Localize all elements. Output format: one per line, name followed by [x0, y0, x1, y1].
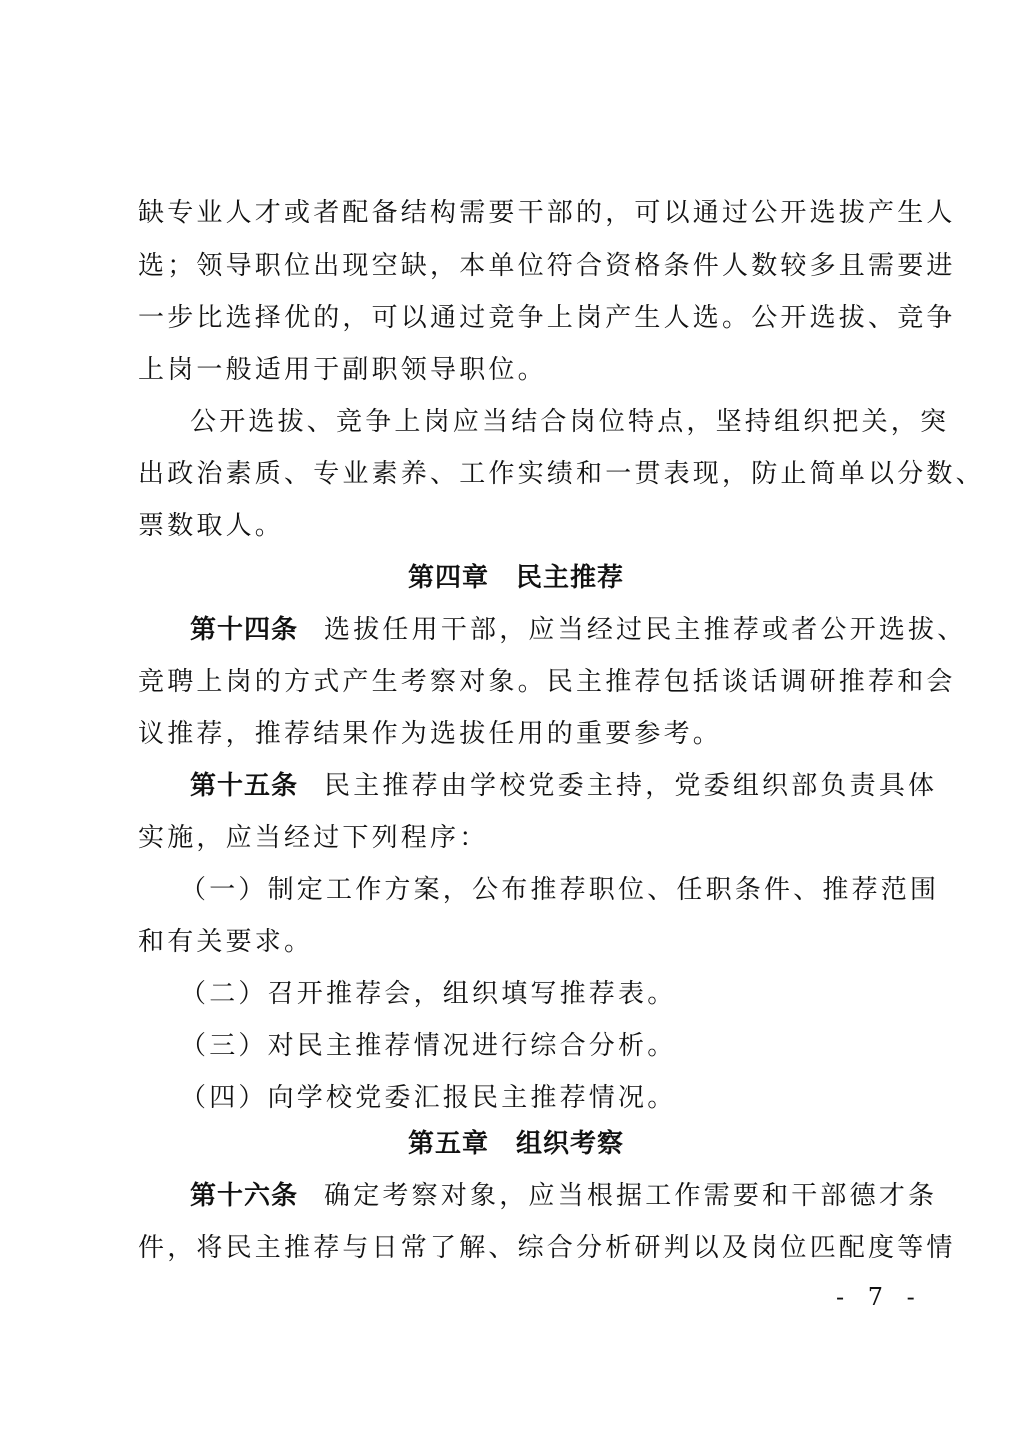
text-line: 公开选拔、竞争上岗应当结合岗位特点，坚持组织把关，突 — [190, 407, 949, 437]
text-line: 出政治素质、专业素养、工作实绩和一贯表现，防止简单以分数、 — [138, 459, 985, 489]
text-line: 议推荐，推荐结果作为选拔任用的重要参考。 — [138, 719, 722, 749]
list-item: （四）向学校党委汇报民主推荐情况。 — [180, 1083, 676, 1113]
text-line: 缺专业人才或者配备结构需要干部的，可以通过公开选拔产生人 — [138, 198, 956, 228]
article-text: 选拔任用干部，应当经过民主推荐或者公开选拔、 — [324, 615, 966, 645]
article-text: 确定考察对象，应当根据工作需要和干部德才条 — [324, 1181, 937, 1211]
article-line: 第十四条选拔任用干部，应当经过民主推荐或者公开选拔、 — [190, 615, 966, 645]
text-line: 选；领导职位出现空缺，本单位符合资格条件人数较多且需要进 — [138, 251, 956, 281]
list-item: （三）对民主推荐情况进行综合分析。 — [180, 1031, 676, 1061]
text-line: 竞聘上岗的方式产生考察对象。民主推荐包括谈话调研推荐和会 — [138, 667, 956, 697]
text-line: 上岗一般适用于副职领导职位。 — [138, 355, 547, 385]
text-line: 件，将民主推荐与日常了解、综合分析研判以及岗位匹配度等情 — [138, 1233, 956, 1263]
article-label: 第十六条 — [190, 1181, 298, 1211]
article-line: 第十五条民主推荐由学校党委主持，党委组织部负责具体 — [190, 771, 937, 801]
article-line: 第十六条确定考察对象，应当根据工作需要和干部德才条 — [190, 1181, 937, 1211]
text-line: 实施，应当经过下列程序： — [138, 823, 488, 853]
chapter-heading: 第五章 组织考察 — [408, 1129, 624, 1159]
text-line: 和有关要求。 — [138, 927, 313, 957]
text-line: 一步比选择优的，可以通过竞争上岗产生人选。公开选拔、竞争 — [138, 303, 956, 333]
article-label: 第十四条 — [190, 615, 298, 645]
page-number: - 7 - — [836, 1282, 923, 1312]
article-text: 民主推荐由学校党委主持，党委组织部负责具体 — [324, 771, 937, 801]
list-item: （一）制定工作方案，公布推荐职位、任职条件、推荐范围 — [180, 875, 939, 905]
text-line: 票数取人。 — [138, 511, 284, 541]
list-item: （二）召开推荐会，组织填写推荐表。 — [180, 979, 676, 1009]
chapter-heading: 第四章 民主推荐 — [408, 563, 624, 593]
article-label: 第十五条 — [190, 771, 298, 801]
